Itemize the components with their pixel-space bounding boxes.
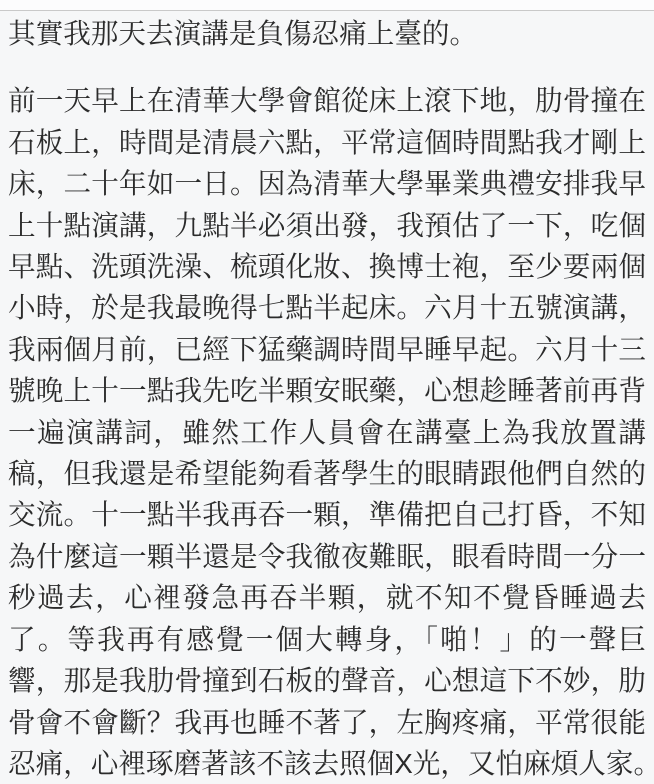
top-divider	[0, 0, 654, 11]
text-line: 了。等我再有感覺一個大轉身，「啪！」的一聲巨	[8, 619, 646, 660]
paragraph: 前一天早上在清華大學會館從床上滾下地，肋骨撞在石板上，時間是清晨六點，平常這個時…	[8, 80, 646, 784]
paragraph: 其實我那天去演講是負傷忍痛上臺的。	[8, 13, 646, 54]
text-line: 為什麼這一顆半還是令我徹夜難眠，眼看時間一分一	[8, 536, 646, 577]
text-line: 忍痛，心裡琢磨著該不該去照個X光，又怕麻煩人家。	[8, 743, 646, 784]
text-line: 其實我那天去演講是負傷忍痛上臺的。	[8, 13, 646, 54]
text-line: 交流。十一點半我再吞一顆，準備把自己打昏，不知	[8, 494, 646, 535]
text-line: 骨會不會斷？我再也睡不著了，左胸疼痛，平常很能	[8, 702, 646, 743]
text-line: 一遍演講詞，雖然工作人員會在講臺上為我放置講	[8, 412, 646, 453]
text-line: 號晚上十一點我先吃半顆安眠藥，心想趁睡著前再背	[8, 370, 646, 411]
text-line: 稿，但我還是希望能夠看著學生的眼睛跟他們自然的	[8, 453, 646, 494]
text-line: 響，那是我肋骨撞到石板的聲音，心想這下不妙，肋	[8, 660, 646, 701]
text-line: 上十點演講，九點半必須出發，我預估了一下，吃個	[8, 205, 646, 246]
text-line: 早點、洗頭洗澡、梳頭化妝、換博士袍，至少要兩個	[8, 246, 646, 287]
text-line: 小時，於是我最晚得七點半起床。六月十五號演講，	[8, 287, 646, 328]
text-line: 石板上，時間是清晨六點，平常這個時間點我才剛上	[8, 122, 646, 163]
article-body: 其實我那天去演講是負傷忍痛上臺的。前一天早上在清華大學會館從床上滾下地，肋骨撞在…	[0, 11, 654, 784]
text-line: 前一天早上在清華大學會館從床上滾下地，肋骨撞在	[8, 80, 646, 121]
text-line: 床，二十年如一日。因為清華大學畢業典禮安排我早	[8, 163, 646, 204]
text-line: 我兩個月前，已經下猛藥調時間早睡早起。六月十三	[8, 329, 646, 370]
text-line: 秒過去，心裡發急再吞半顆，就不知不覺昏睡過去	[8, 577, 646, 618]
